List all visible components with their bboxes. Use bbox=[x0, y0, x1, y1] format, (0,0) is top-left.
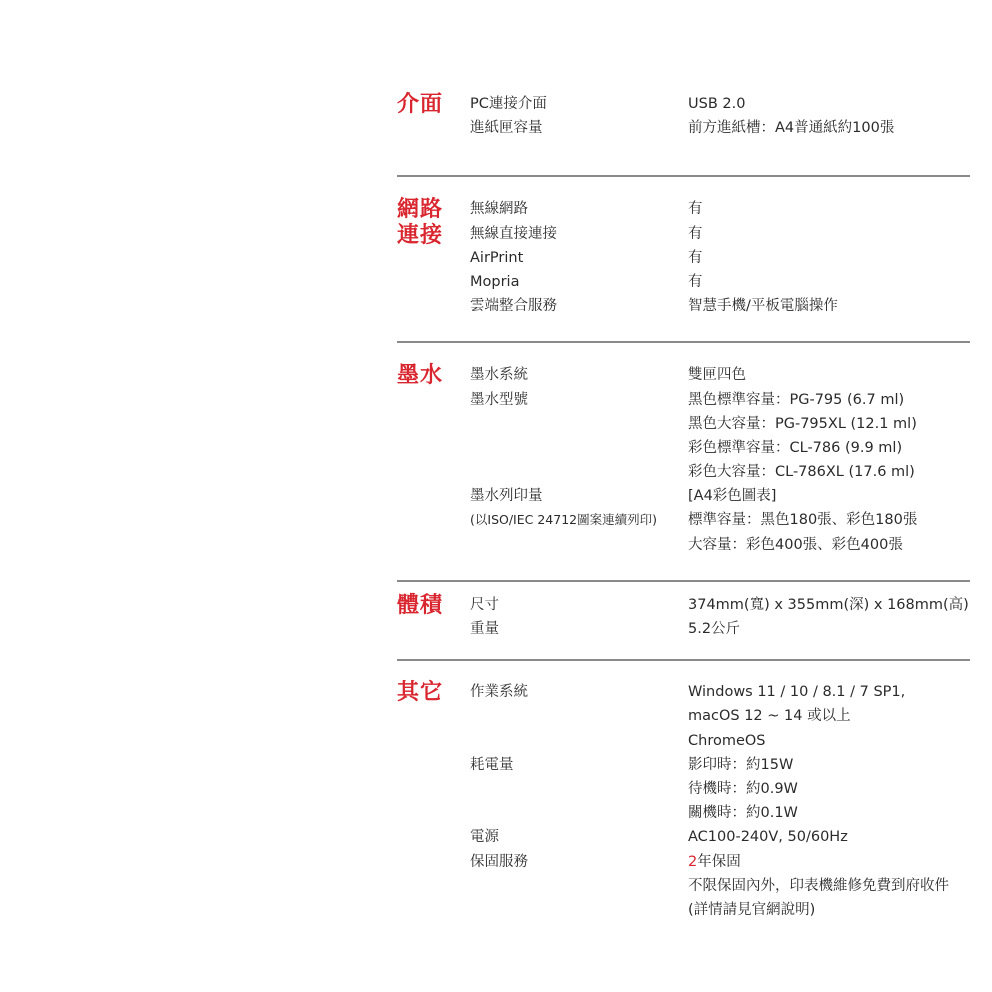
value-column: 雙匣四色 黑色標準容量：PG-795 (6.7 ml) 黑色大容量：PG-795… bbox=[688, 363, 970, 557]
spec-value: 待機時：約0.9W bbox=[688, 777, 970, 801]
section-dimensions: 體積 尺寸 重量 374mm(寬) x 355mm(深) x 168mm(高) … bbox=[397, 582, 970, 661]
spec-value-warranty: 2年保固 bbox=[688, 850, 970, 874]
label-column: PC連接介面 進紙匣容量 bbox=[470, 92, 688, 140]
spec-value: 雙匣四色 bbox=[688, 363, 970, 387]
category-title: 介面 bbox=[397, 92, 470, 140]
spec-value: 黑色大容量：PG-795XL (12.1 ml) bbox=[688, 412, 970, 436]
label-column: 尺寸 重量 bbox=[470, 593, 688, 641]
spec-value: 前方進紙槽：A4普通紙約100張 bbox=[688, 116, 970, 140]
spec-label: 尺寸 bbox=[470, 593, 688, 617]
label-column: 無線網路 無線直接連接 AirPrint Mopria 雲端整合服務 bbox=[470, 197, 688, 318]
value-column: 374mm(寬) x 355mm(深) x 168mm(高) 5.2公斤 bbox=[688, 593, 970, 641]
spec-label: Mopria bbox=[470, 270, 688, 294]
spec-label: 作業系統 bbox=[470, 680, 688, 704]
spec-label bbox=[470, 412, 688, 436]
value-column: USB 2.0 前方進紙槽：A4普通紙約100張 bbox=[688, 92, 970, 140]
spec-value: [A4彩色圖表] bbox=[688, 484, 970, 508]
section-other: 其它 作業系統 耗電量 電源 保固服務 Windows 11 / 10 / 8.… bbox=[397, 661, 970, 922]
spec-value: 有 bbox=[688, 197, 970, 221]
spec-label: 耗電量 bbox=[470, 753, 688, 777]
spec-value: 374mm(寬) x 355mm(深) x 168mm(高) bbox=[688, 593, 970, 617]
spec-value: 大容量：彩色400張、彩色400張 bbox=[688, 533, 970, 557]
spec-label: 雲端整合服務 bbox=[470, 294, 688, 318]
label-column: 作業系統 耗電量 電源 保固服務 bbox=[470, 680, 688, 922]
spec-label: AirPrint bbox=[470, 246, 688, 270]
spec-label: 墨水系統 bbox=[470, 363, 688, 387]
spec-value: 有 bbox=[688, 246, 970, 270]
spec-value: (詳情請見官網說明) bbox=[688, 898, 970, 922]
label-column: 墨水系統 墨水型號 墨水列印量 (以ISO/IEC 24712圖案連續列印) bbox=[470, 363, 688, 557]
spec-value: USB 2.0 bbox=[688, 92, 970, 116]
spec-label: PC連接介面 bbox=[470, 92, 688, 116]
spec-table: 介面 PC連接介面 進紙匣容量 USB 2.0 前方進紙槽：A4普通紙約100張… bbox=[397, 92, 970, 922]
spec-label: 墨水型號 bbox=[470, 388, 688, 412]
section-ink: 墨水 墨水系統 墨水型號 墨水列印量 (以ISO/IEC 24712圖案連續列印… bbox=[397, 343, 970, 582]
spec-value: 彩色大容量：CL-786XL (17.6 ml) bbox=[688, 460, 970, 484]
spec-label bbox=[470, 533, 688, 557]
spec-label: 進紙匣容量 bbox=[470, 116, 688, 140]
spec-value: 影印時：約15W bbox=[688, 753, 970, 777]
spec-value: 有 bbox=[688, 222, 970, 246]
spec-label: 墨水列印量 bbox=[470, 484, 688, 508]
value-column: 有 有 有 有 智慧手機/平板電腦操作 bbox=[688, 197, 970, 318]
value-column: Windows 11 / 10 / 8.1 / 7 SP1, macOS 12 … bbox=[688, 680, 970, 922]
spec-label bbox=[470, 801, 688, 825]
spec-value: 有 bbox=[688, 270, 970, 294]
section-network: 網路 連接 無線網路 無線直接連接 AirPrint Mopria 雲端整合服務… bbox=[397, 177, 970, 343]
category-title: 其它 bbox=[397, 680, 470, 922]
spec-label: 無線直接連接 bbox=[470, 222, 688, 246]
spec-value: 黑色標準容量：PG-795 (6.7 ml) bbox=[688, 388, 970, 412]
category-title: 墨水 bbox=[397, 363, 470, 557]
spec-label bbox=[470, 729, 688, 753]
spec-value: ChromeOS bbox=[688, 729, 970, 753]
section-interface: 介面 PC連接介面 進紙匣容量 USB 2.0 前方進紙槽：A4普通紙約100張 bbox=[397, 92, 970, 177]
spec-label: 無線網路 bbox=[470, 197, 688, 221]
category-title: 體積 bbox=[397, 593, 470, 641]
spec-value: Windows 11 / 10 / 8.1 / 7 SP1, bbox=[688, 680, 970, 704]
warranty-years: 2 bbox=[688, 854, 697, 870]
spec-label: 電源 bbox=[470, 825, 688, 849]
spec-value: macOS 12 ~ 14 或以上 bbox=[688, 704, 970, 728]
spec-value: 5.2公斤 bbox=[688, 617, 970, 641]
spec-value: 智慧手機/平板電腦操作 bbox=[688, 294, 970, 318]
spec-label bbox=[470, 898, 688, 922]
spec-label bbox=[470, 460, 688, 484]
spec-label-note: (以ISO/IEC 24712圖案連續列印) bbox=[470, 508, 688, 532]
spec-label bbox=[470, 704, 688, 728]
spec-value: AC100-240V, 50/60Hz bbox=[688, 825, 970, 849]
spec-label: 重量 bbox=[470, 617, 688, 641]
spec-label bbox=[470, 436, 688, 460]
spec-label bbox=[470, 874, 688, 898]
category-title: 網路 連接 bbox=[397, 197, 470, 318]
spec-label bbox=[470, 777, 688, 801]
spec-value: 標準容量：黑色180張、彩色180張 bbox=[688, 508, 970, 532]
spec-value: 關機時：約0.1W bbox=[688, 801, 970, 825]
spec-value: 不限保固內外，印表機維修免費到府收件 bbox=[688, 874, 970, 898]
spec-label: 保固服務 bbox=[470, 850, 688, 874]
spec-value: 彩色標準容量：CL-786 (9.9 ml) bbox=[688, 436, 970, 460]
